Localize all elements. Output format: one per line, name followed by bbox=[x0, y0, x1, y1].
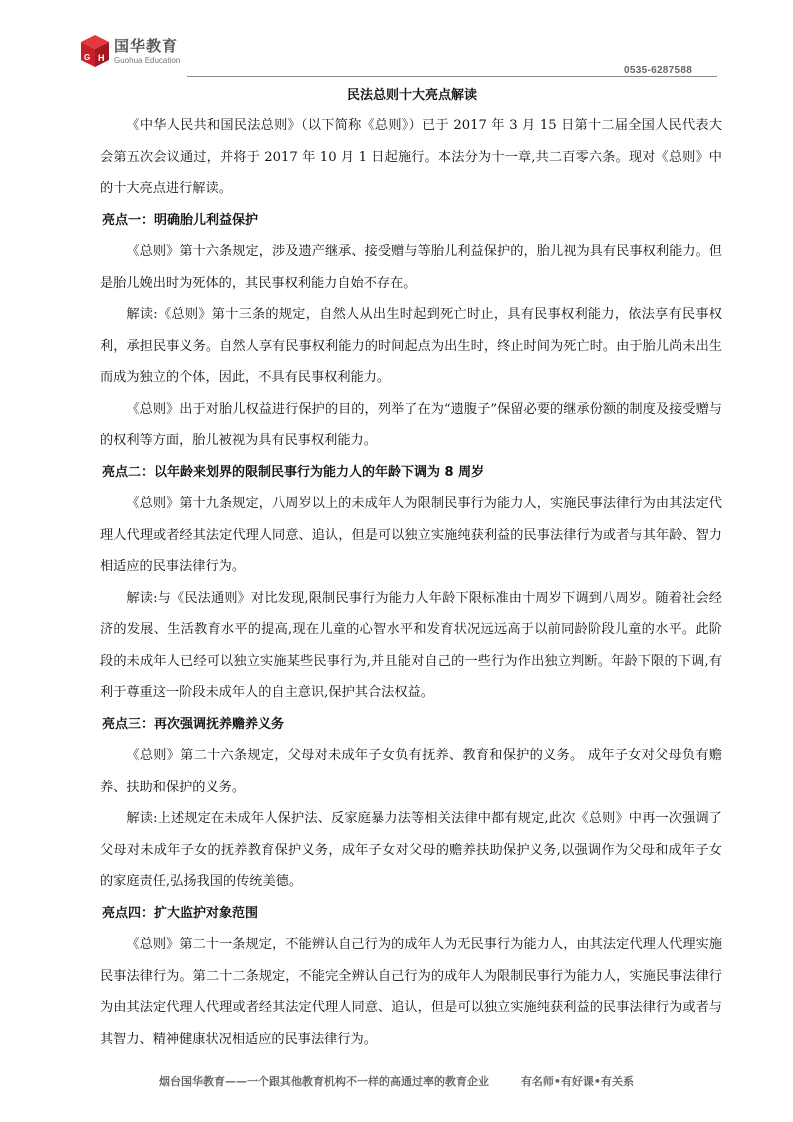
section-paragraph: 解读:《总则》第十三条的规定，自然人从出生时起到死亡时止，具有民事权利能力，依法… bbox=[100, 299, 722, 394]
document-body: 民法总则十大亮点解读 《中华人民共和国民法总则》（以下简称《总则》）已于 201… bbox=[102, 86, 722, 1055]
company-logo: G H 国华教育 Guohua Education bbox=[80, 32, 200, 72]
section-heading: 亮点二：以年龄来划界的限制民事行为能力人的年龄下调为 8 周岁 bbox=[102, 457, 722, 489]
section-heading: 亮点三：再次强调抚养赡养义务 bbox=[102, 709, 722, 741]
section-1: 亮点一：明确胎儿利益保护 《总则》第十六条规定，涉及遗产继承、接受赠与等胎儿利益… bbox=[102, 205, 722, 457]
section-paragraph: 《总则》第二十六条规定，父母对未成年子女负有抚养、教育和保护的义务。 成年子女对… bbox=[100, 740, 722, 803]
section-paragraph: 《总则》出于对胎儿权益进行保护的目的，列举了在为“遗腹子”保留必要的继承份额的制… bbox=[100, 394, 722, 457]
footer-slogan: 有名师•有好课•有关系 bbox=[521, 1075, 634, 1088]
document-title: 民法总则十大亮点解读 bbox=[102, 86, 722, 106]
section-3: 亮点三：再次强调抚养赡养义务 《总则》第二十六条规定，父母对未成年子女负有抚养、… bbox=[102, 709, 722, 898]
section-paragraph: 《总则》第二十一条规定，不能辨认自己行为的成年人为无民事行为能力人，由其法定代理… bbox=[100, 929, 722, 1055]
gh-cube-logo-icon: G H bbox=[80, 34, 110, 68]
section-paragraph: 《总则》第十九条规定，八周岁以上的未成年人为限制民事行为能力人，实施民事法律行为… bbox=[100, 488, 722, 583]
page-header: G H 国华教育 Guohua Education 0535-6287588 bbox=[0, 0, 793, 90]
section-paragraph: 解读:上述规定在未成年人保护法、反家庭暴力法等相关法律中都有规定,此次《总则》中… bbox=[100, 803, 722, 898]
page-footer: 烟台国华教育——一个跟其他教育机构不一样的高通过率的教育企业 有名师•有好课•有… bbox=[0, 1073, 793, 1089]
intro-paragraph: 《中华人民共和国民法总则》（以下简称《总则》）已于 2017 年 3 月 15 … bbox=[100, 110, 722, 205]
svg-text:H: H bbox=[98, 53, 105, 63]
header-divider bbox=[187, 76, 717, 77]
section-heading: 亮点四：扩大监护对象范围 bbox=[102, 898, 722, 930]
logo-name-cn: 国华教育 bbox=[114, 35, 178, 56]
section-2: 亮点二：以年龄来划界的限制民事行为能力人的年龄下调为 8 周岁 《总则》第十九条… bbox=[102, 457, 722, 709]
footer-company-text: 烟台国华教育——一个跟其他教育机构不一样的高通过率的教育企业 bbox=[159, 1075, 489, 1088]
section-paragraph: 《总则》第十六条规定，涉及遗产继承、接受赠与等胎儿利益保护的，胎儿视为具有民事权… bbox=[100, 236, 722, 299]
svg-text:G: G bbox=[84, 53, 90, 62]
logo-name-en: Guohua Education bbox=[114, 56, 180, 65]
phone-number: 0535-6287588 bbox=[624, 65, 692, 76]
section-heading: 亮点一：明确胎儿利益保护 bbox=[102, 205, 722, 237]
section-4: 亮点四：扩大监护对象范围 《总则》第二十一条规定，不能辨认自己行为的成年人为无民… bbox=[102, 898, 722, 1056]
section-paragraph: 解读:与《民法通则》对比发现,限制民事行为能力人年龄下限标准由十周岁下调到八周岁… bbox=[100, 583, 722, 709]
